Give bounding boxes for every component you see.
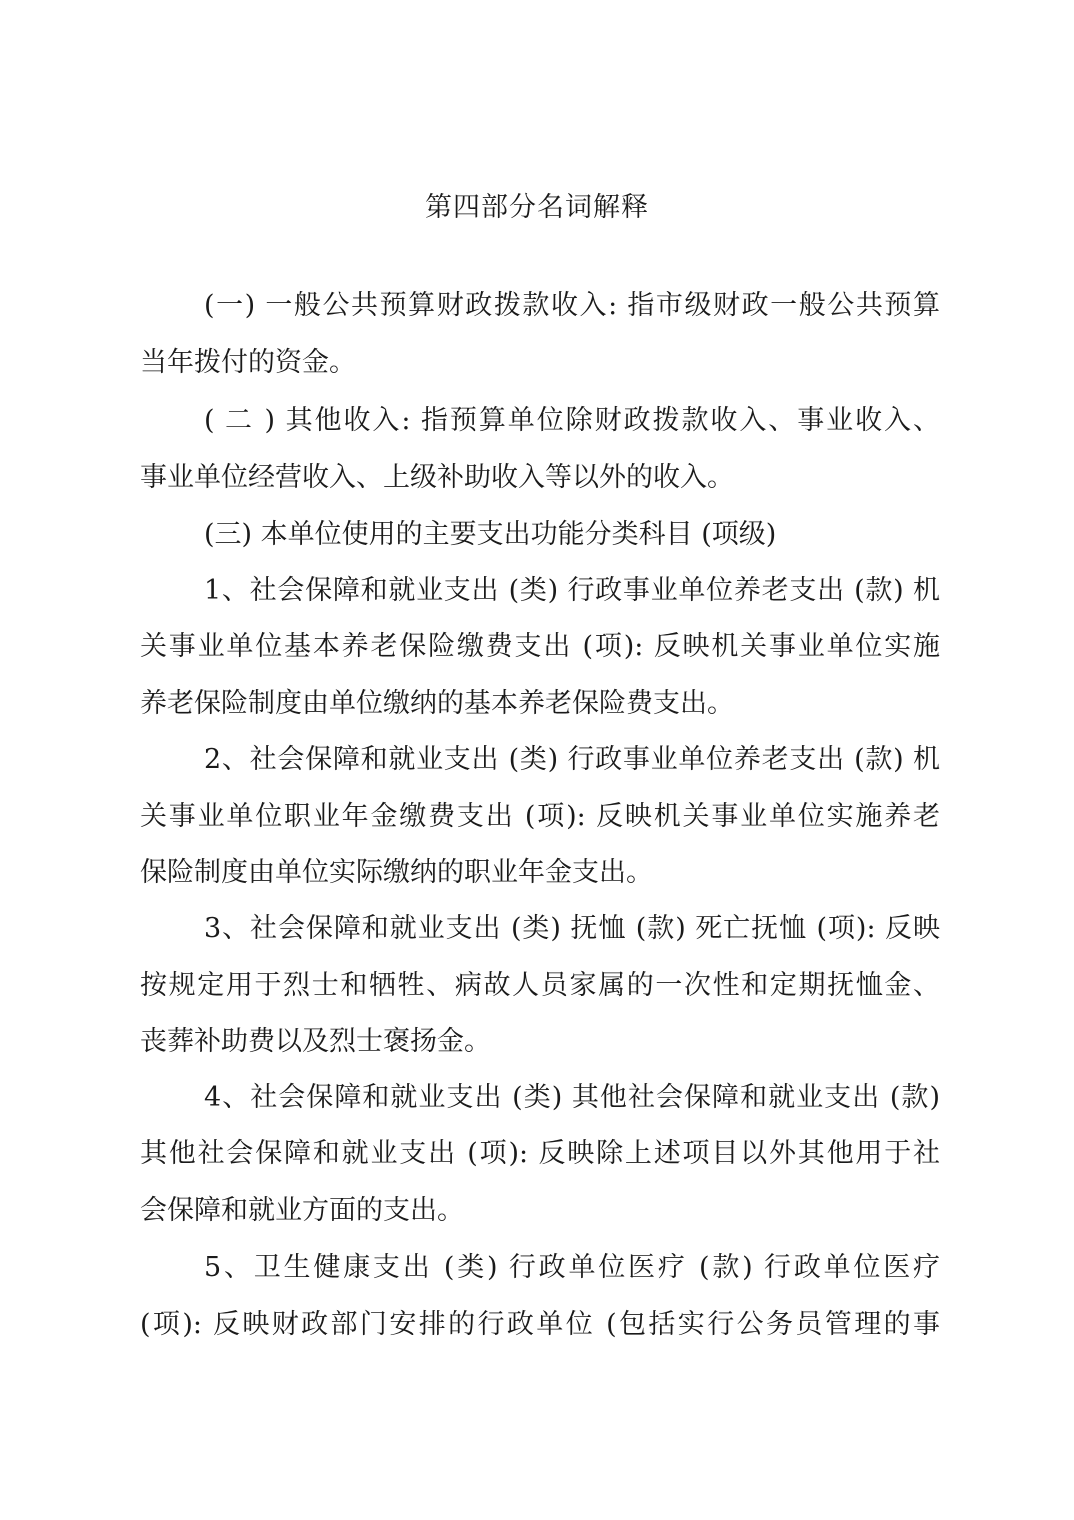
text-line: 事业单位经营收入、上级补助收入等以外的收入。 [140, 458, 940, 498]
text-line: 关事业单位职业年金缴费支出 (项): 反映机关事业单位实施养老 [140, 797, 940, 837]
text-line: 5、卫生健康支出 (类) 行政单位医疗 (款) 行政单位医疗 [204, 1248, 940, 1288]
text-line: 养老保险制度由单位缴纳的基本养老保险费支出。 [140, 684, 940, 724]
text-line: 丧葬补助费以及烈士褒扬金。 [140, 1022, 940, 1062]
text-line: 保险制度由单位实际缴纳的职业年金支出。 [140, 853, 940, 893]
text-line: ( 二 ) 其他收入: 指预算单位除财政拨款收入、事业收入、 [204, 401, 940, 441]
text-line: 3、社会保障和就业支出 (类) 抚恤 (款) 死亡抚恤 (项): 反映 [204, 909, 940, 949]
document-page: 第四部分名词解释 (一) 一般公共预算财政拨款收入: 指市级财政一般公共预算 当… [0, 0, 1074, 1520]
text-line: 当年拨付的资金。 [140, 343, 940, 383]
text-line: (一) 一般公共预算财政拨款收入: 指市级财政一般公共预算 [204, 286, 940, 326]
text-line: (三) 本单位使用的主要支出功能分类科目 (项级) [204, 515, 940, 555]
page-title: 第四部分名词解释 [0, 188, 1074, 228]
text-line: 其他社会保障和就业支出 (项): 反映除上述项目以外其他用于社 [140, 1134, 940, 1174]
text-line: 会保障和就业方面的支出。 [140, 1191, 940, 1231]
text-line: 按规定用于烈士和牺牲、病故人员家属的一次性和定期抚恤金、 [140, 966, 940, 1006]
text-line: 关事业单位基本养老保险缴费支出 (项): 反映机关事业单位实施 [140, 627, 940, 667]
text-line: 4、社会保障和就业支出 (类) 其他社会保障和就业支出 (款) [204, 1078, 940, 1118]
text-line: 2、社会保障和就业支出 (类) 行政事业单位养老支出 (款) 机 [204, 740, 940, 780]
text-line: 1、社会保障和就业支出 (类) 行政事业单位养老支出 (款) 机 [204, 571, 940, 611]
text-line: (项): 反映财政部门安排的行政单位 (包括实行公务员管理的事 [140, 1305, 940, 1345]
